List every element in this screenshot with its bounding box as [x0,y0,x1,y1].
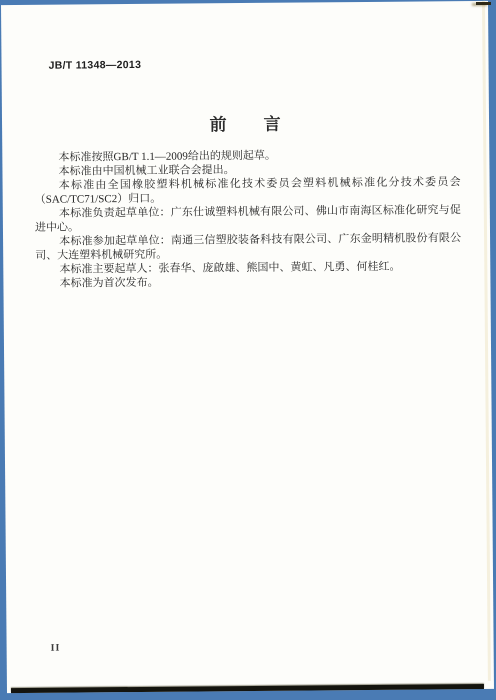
scan-corner-artifact [476,2,491,5]
paragraph-committee: 本标准由全国橡胶塑料机械标准化技术委员会塑料机械标准化分技术委员会（SAC/TC… [35,175,461,207]
paragraph-participating-orgs: 本标准参加起草单位：南通三信塑胶装备科技有限公司、广东金明精机股份有限公司、大连… [35,231,461,263]
document-page: JB/T 11348—2013 前 言 本标准按照GB/T 1.1—2009给出… [1,1,494,693]
page-edge-tint [482,1,491,681]
paragraph-first-issue: 本标准为首次发布。 [35,273,461,291]
page-title: 前 言 [2,108,489,137]
page-number: II [51,643,61,654]
scanned-page-background: JB/T 11348—2013 前 言 本标准按照GB/T 1.1—2009给出… [0,0,496,700]
standard-number-header: JB/T 11348—2013 [48,59,141,72]
paragraph-chief-drafting-orgs: 本标准负责起草单位：广东仕诚塑料机械有限公司、佛山市南海区标准化研究与促进中心。 [35,203,461,235]
page-bottom-edge-shadow [11,684,484,693]
foreword-body: 本标准按照GB/T 1.1—2009给出的规则起草。 本标准由中国机械工业联合会… [34,147,461,291]
